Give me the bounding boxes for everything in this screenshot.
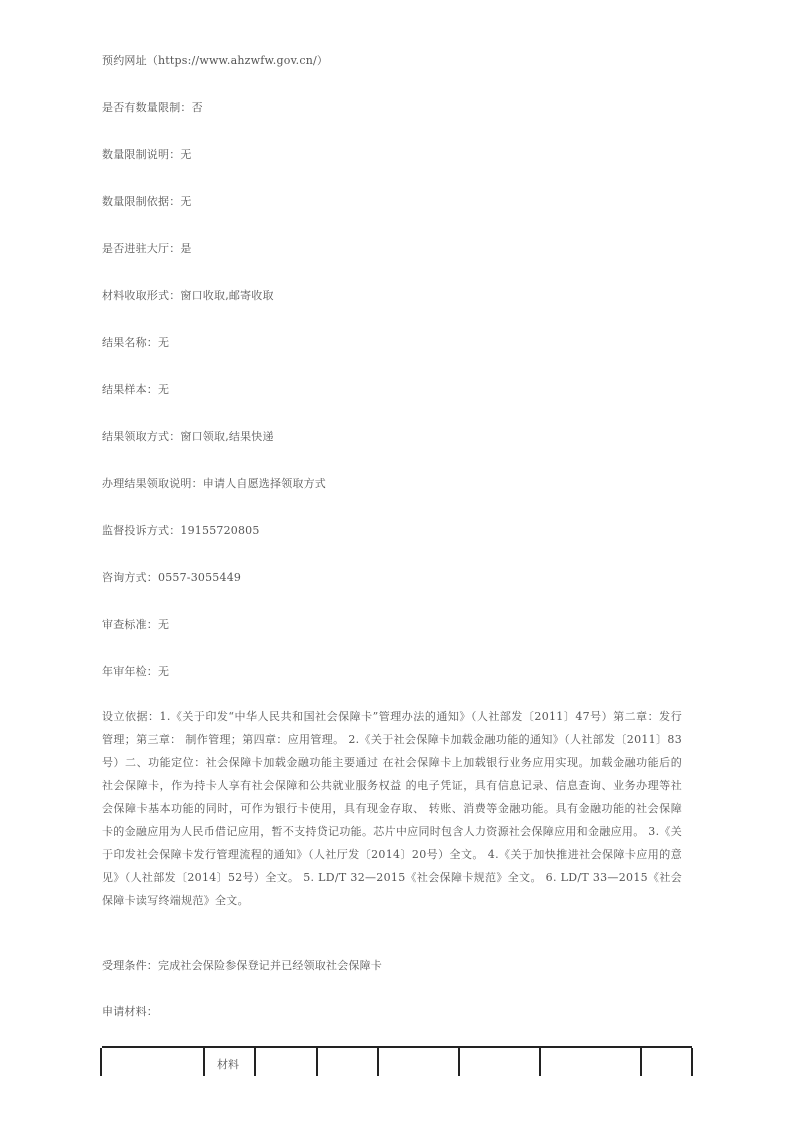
materials-heading: 申请材料： — [102, 1004, 158, 1020]
table-col-border — [100, 1048, 102, 1076]
document-page: 预约网址（https://www.ahzwfw.gov.cn/） 是否有数量限制… — [0, 0, 793, 1122]
result-name: 结果名称：无 — [102, 335, 169, 351]
in-hall: 是否进驻大厅：是 — [102, 241, 192, 257]
table-col-border — [640, 1048, 642, 1076]
appointment-url: 预约网址（https://www.ahzwfw.gov.cn/） — [102, 53, 328, 69]
table-col-border — [458, 1048, 460, 1076]
quantity-limit-basis: 数量限制依据：无 — [102, 194, 192, 210]
materials-table: 材料 — [102, 1046, 692, 1078]
table-col-border — [203, 1048, 205, 1076]
complaint-contact: 监督投诉方式：19155720805 — [102, 523, 260, 539]
quantity-limit-desc: 数量限制说明：无 — [102, 147, 192, 163]
annual-review: 年审年检：无 — [102, 664, 169, 680]
table-col-border — [377, 1048, 379, 1076]
table-col-border — [539, 1048, 541, 1076]
result-pickup-desc: 办理结果领取说明：申请人自愿选择领取方式 — [102, 476, 326, 492]
quantity-limit: 是否有数量限制：否 — [102, 100, 203, 116]
table-header-cell: 材料 — [217, 1056, 239, 1072]
establishment-basis: 设立依据：1.《关于印发“中华人民共和国社会保障卡”管理办法的通知》（人社部发〔… — [102, 705, 682, 912]
consult-contact: 咨询方式：0557-3055449 — [102, 570, 241, 586]
review-standard: 审查标准：无 — [102, 617, 169, 633]
table-col-border — [316, 1048, 318, 1076]
table-col-border — [691, 1048, 693, 1076]
result-sample: 结果样本：无 — [102, 382, 169, 398]
result-pickup: 结果领取方式：窗口领取,结果快递 — [102, 429, 274, 445]
acceptance-conditions: 受理条件：完成社会保险参保登记并已经领取社会保障卡 — [102, 958, 382, 974]
material-collection: 材料收取形式：窗口收取,邮寄收取 — [102, 288, 274, 304]
table-col-border — [254, 1048, 256, 1076]
